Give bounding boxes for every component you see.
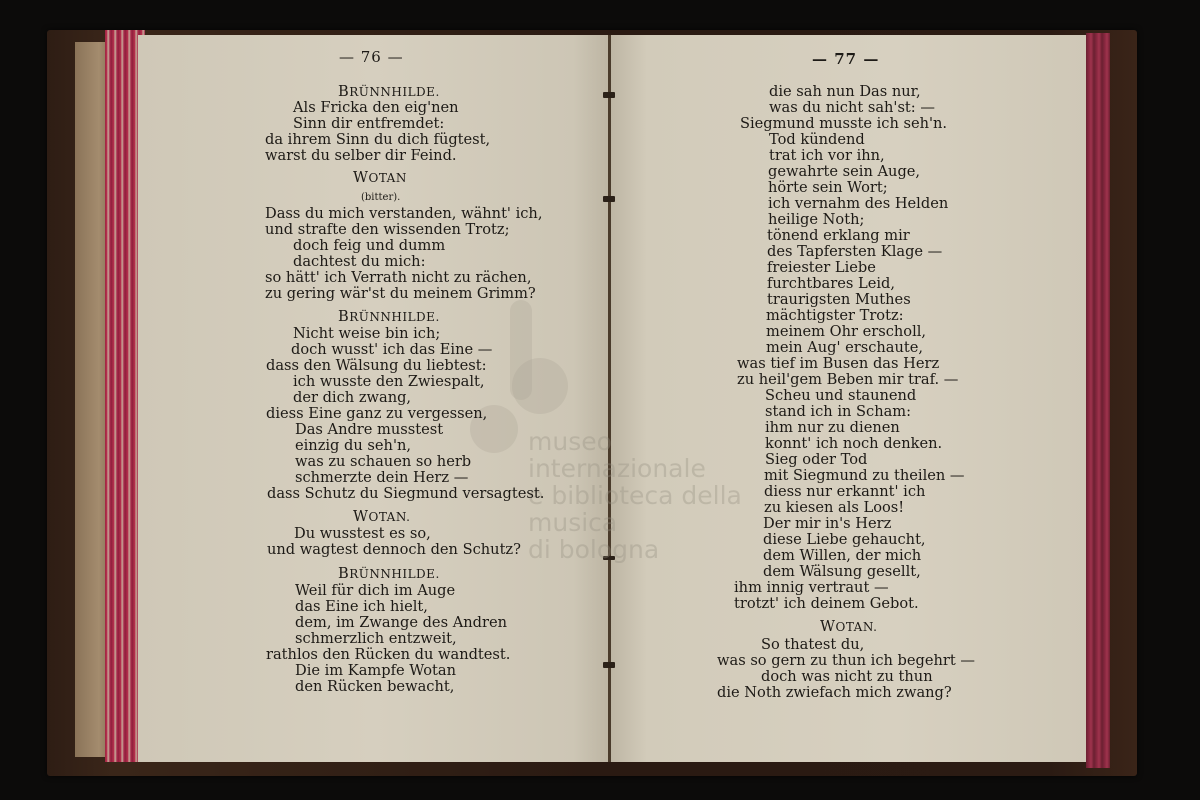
- verse-line: tönend erklang mir: [767, 228, 910, 244]
- verse-line: diess nur erkannt' ich: [764, 484, 925, 500]
- speaker-name: BRÜNNHILDE.: [338, 309, 440, 326]
- verse-line: was tief im Busen das Herz: [737, 356, 939, 372]
- verse-line: der dich zwang,: [293, 390, 411, 406]
- verse-line: rathlos den Rücken du wandtest.: [266, 647, 510, 663]
- verse-line: meinem Ohr erscholl,: [766, 324, 926, 340]
- speaker-name: WOTAN.: [820, 619, 877, 636]
- verse-line: die sah nun Das nur,: [769, 84, 921, 100]
- gutter: [608, 35, 611, 762]
- page-edges-right: [1086, 33, 1110, 768]
- verse-line: was zu schauen so herb: [295, 454, 471, 470]
- page-number: — 77 —: [812, 52, 879, 68]
- verse-line: ich wusste den Zwiespalt,: [293, 374, 485, 390]
- speaker-name: WOTAN.: [353, 509, 410, 526]
- verse-line: Das Andre musstest: [295, 422, 443, 438]
- verse-line: konnt' ich noch denken.: [765, 436, 942, 452]
- verse-line: dem, im Zwange des Andren: [295, 615, 507, 631]
- verse-line: einzig du seh'n,: [295, 438, 411, 454]
- verse-line: die Noth zwiefach mich zwang?: [717, 685, 952, 701]
- verse-line: heilige Noth;: [768, 212, 864, 228]
- verse-line: trat ich vor ihn,: [769, 148, 885, 164]
- verse-line: so hätt' ich Verrath nicht zu rächen,: [265, 270, 531, 286]
- verse-line: Siegmund musste ich seh'n.: [740, 116, 947, 132]
- verse-line: zu kiesen als Loos!: [764, 500, 904, 516]
- verse-line: was so gern zu thun ich begehrt —: [717, 653, 975, 669]
- verse-line: das Eine ich hielt,: [295, 599, 428, 615]
- verse-line: warst du selber dir Feind.: [265, 148, 457, 164]
- verse-line: Tod kündend: [769, 132, 865, 148]
- verse-line: was du nicht sah'st: —: [769, 100, 935, 116]
- verse-line: zu heil'gem Beben mir traf. —: [737, 372, 958, 388]
- verse-line: Der mir in's Herz: [763, 516, 891, 532]
- verse-line: So thatest du,: [761, 637, 864, 653]
- page-number: — 76 —: [339, 50, 404, 66]
- verse-line: gewahrte sein Auge,: [768, 164, 920, 180]
- verse-line: diess Eine ganz zu vergessen,: [266, 406, 487, 422]
- verse-line: stand ich in Scham:: [765, 404, 911, 420]
- verse-line: trotzt' ich deinem Gebot.: [734, 596, 919, 612]
- verse-line: dem Willen, der mich: [763, 548, 921, 564]
- verse-line: furchtbares Leid,: [767, 276, 895, 292]
- verse-line: da ihrem Sinn du dich fügtest,: [265, 132, 490, 148]
- verse-line: und strafte den wissenden Trotz;: [265, 222, 510, 238]
- verse-line: Als Fricka den eig'nen: [293, 100, 459, 116]
- verse-line: ihm nur zu dienen: [765, 420, 900, 436]
- verse-line: traurigsten Muthes: [767, 292, 911, 308]
- binding-stitch: [603, 556, 615, 560]
- binding-stitch: [603, 92, 615, 98]
- verse-line: doch wusst' ich das Eine —: [291, 342, 492, 358]
- verse-line: doch feig und dumm: [293, 238, 445, 254]
- binding-stitch: [603, 662, 615, 668]
- speaker-name: BRÜNNHILDE.: [338, 566, 440, 583]
- verse-line: freiester Liebe: [767, 260, 876, 276]
- verse-line: des Tapfersten Klage —: [767, 244, 942, 260]
- verse-line: Dass du mich verstanden, wähnt' ich,: [265, 206, 542, 222]
- verse-line: Sieg oder Tod: [765, 452, 867, 468]
- verse-line: zu gering wär'st du meinem Grimm?: [265, 286, 536, 302]
- verse-line: und wagtest dennoch den Schutz?: [267, 542, 521, 558]
- verse-line: dem Wälsung gesellt,: [763, 564, 921, 580]
- speaker-name: WOTAN: [353, 170, 407, 187]
- verse-line: diese Liebe gehaucht,: [763, 532, 926, 548]
- verse-line: dachtest du mich:: [293, 254, 425, 270]
- verse-line: doch was nicht zu thun: [761, 669, 933, 685]
- binding-stitch: [603, 196, 615, 202]
- verse-line: schmerzte dein Herz —: [295, 470, 468, 486]
- verse-line: schmerzlich entzweit,: [295, 631, 457, 647]
- verse-line: mit Siegmund zu theilen —: [764, 468, 965, 484]
- verse-line: Du wusstest es so,: [294, 526, 431, 542]
- verse-line: dass Schutz du Siegmund versagtest.: [267, 486, 544, 502]
- verse-line: Scheu und staunend: [765, 388, 916, 404]
- verse-line: mein Aug' erschaute,: [766, 340, 923, 356]
- verse-line: Weil für dich im Auge: [295, 583, 455, 599]
- verse-line: hörte sein Wort;: [768, 180, 888, 196]
- verse-line: ich vernahm des Helden: [768, 196, 948, 212]
- verse-line: Die im Kampfe Wotan: [295, 663, 456, 679]
- verse-line: Nicht weise bin ich;: [293, 326, 440, 342]
- stage-direction: (bitter).: [361, 190, 400, 206]
- verse-line: dass den Wälsung du liebtest:: [266, 358, 487, 374]
- verse-line: mächtigster Trotz:: [766, 308, 904, 324]
- verse-line: den Rücken bewacht,: [295, 679, 454, 695]
- verse-line: ihm innig vertraut —: [734, 580, 889, 596]
- verse-line: Sinn dir entfremdet:: [293, 116, 444, 132]
